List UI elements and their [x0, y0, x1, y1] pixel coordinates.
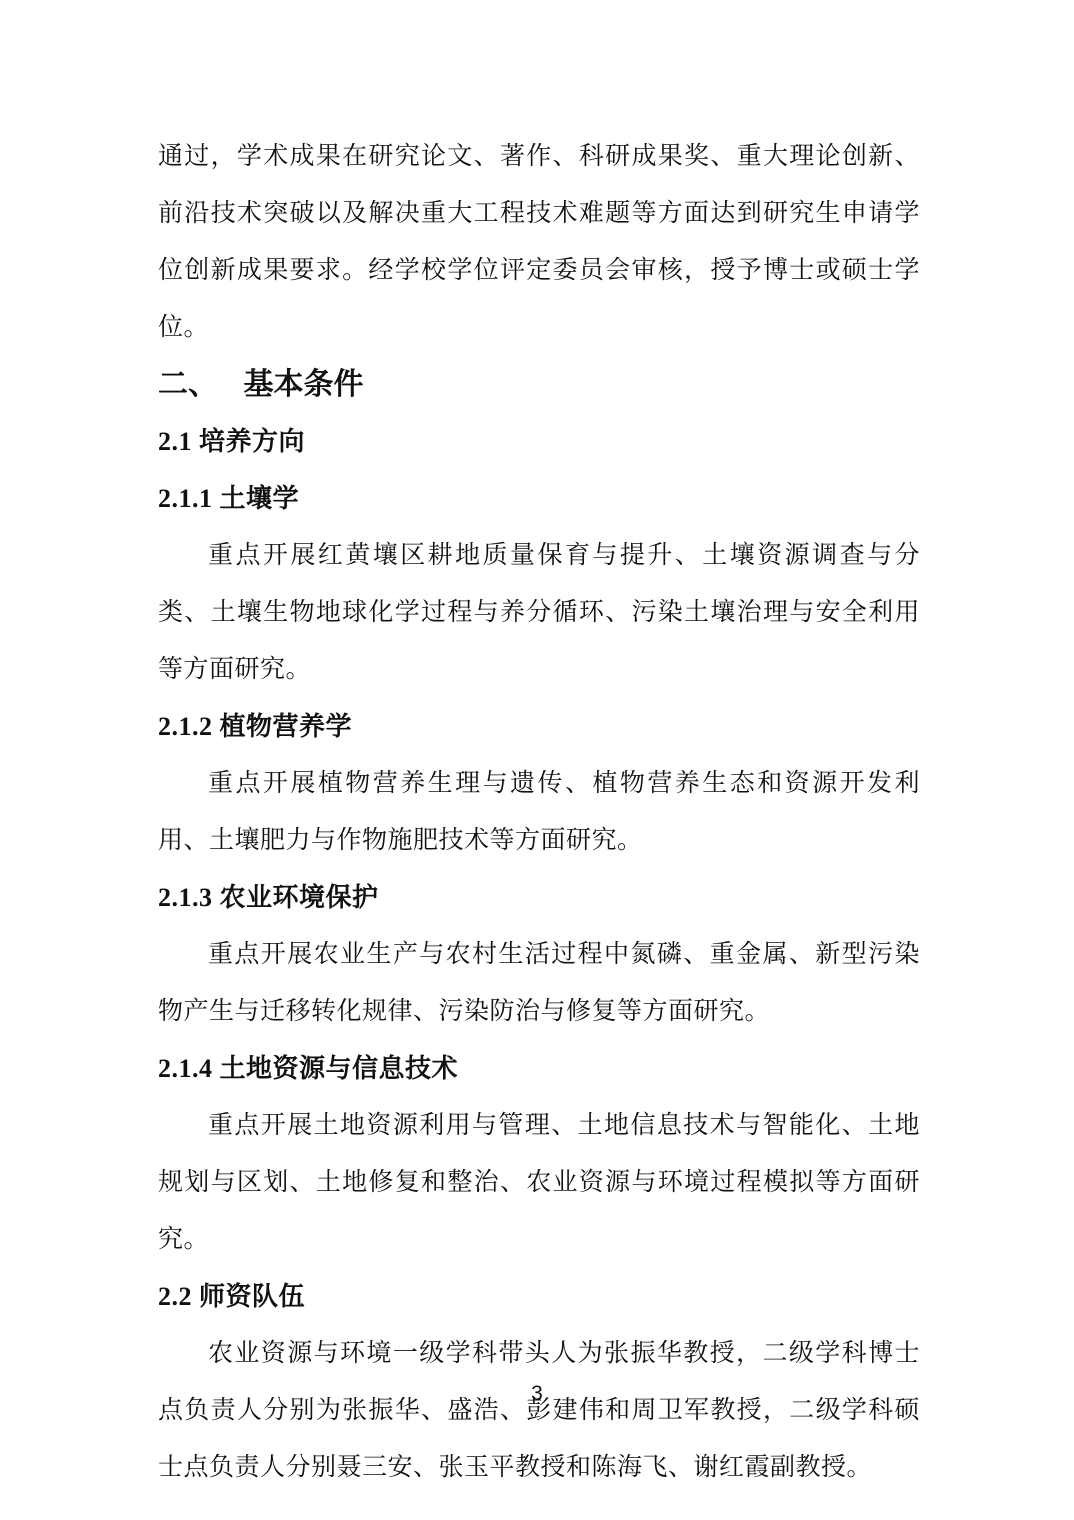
subsection-heading-2-1-2: 2.1.2 植物营养学 [158, 698, 920, 755]
subsection-paragraph-2-1-1: 重点开展红黄壤区耕地质量保育与提升、土壤资源调查与分类、土壤生物地球化学过程与养… [158, 527, 920, 698]
document-page: 通过，学术成果在研究论文、著作、科研成果奖、重大理论创新、前沿技术突破以及解决重… [0, 0, 1074, 1520]
main-section-heading: 二、 基本条件 [158, 356, 920, 413]
subsection-paragraph-2-2: 农业资源与环境一级学科带头人为张振华教授，二级学科博士点负责人分别为张振华、盛浩… [158, 1325, 920, 1496]
subsection-paragraph-2-1-3: 重点开展农业生产与农村生活过程中氮磷、重金属、新型污染物产生与迁移转化规律、污染… [158, 926, 920, 1040]
subsection-heading-2-2: 2.2 师资队伍 [158, 1268, 920, 1325]
intro-paragraph: 通过，学术成果在研究论文、著作、科研成果奖、重大理论创新、前沿技术突破以及解决重… [158, 128, 920, 356]
subsection-heading-2-1-3: 2.1.3 农业环境保护 [158, 869, 920, 926]
subsection-paragraph-2-1-2: 重点开展植物营养生理与遗传、植物营养生态和资源开发利用、土壤肥力与作物施肥技术等… [158, 755, 920, 869]
main-heading-title: 基本条件 [244, 368, 364, 401]
subsection-heading-2-1-4: 2.1.4 土地资源与信息技术 [158, 1040, 920, 1097]
subsection-paragraph-2-1-4: 重点开展土地资源利用与管理、土地信息技术与智能化、土地规划与区划、土地修复和整治… [158, 1097, 920, 1268]
main-heading-numeral: 二、 [158, 368, 218, 401]
page-number: 3 [531, 1382, 543, 1405]
page-footer: 3 [0, 1382, 1074, 1406]
subsection-heading-2-1-1: 2.1.1 土壤学 [158, 470, 920, 527]
subsection-heading-2-1: 2.1 培养方向 [158, 413, 920, 470]
